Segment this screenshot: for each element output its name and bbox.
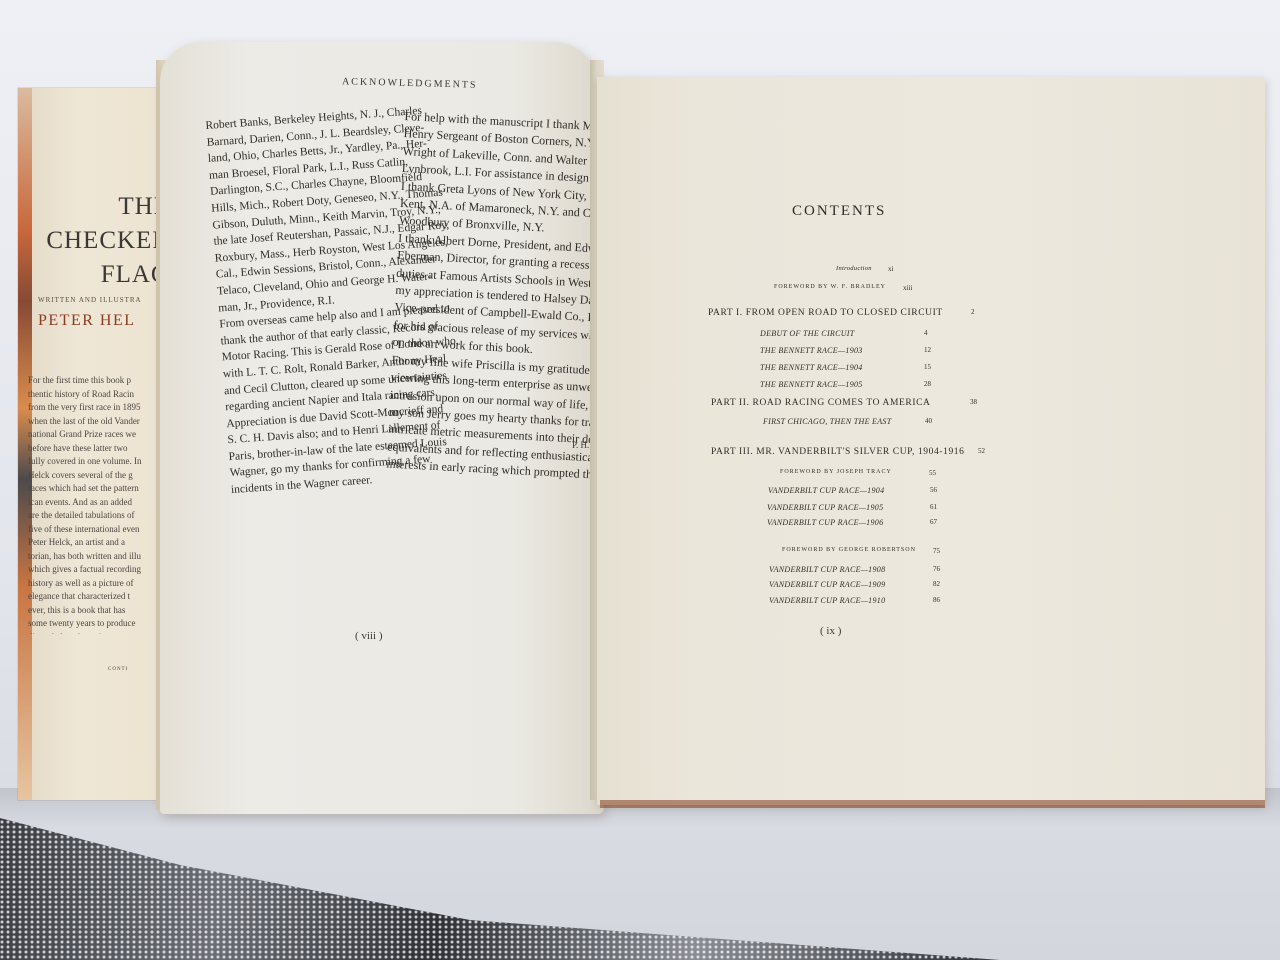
contents-entry-page: 61 xyxy=(930,503,937,511)
contents-entry-title: FOREWORD BY GEORGE ROBERTSON xyxy=(782,547,916,553)
contents-entry-title: FOREWORD BY W. F. BRADLEY xyxy=(774,284,886,290)
contents-entry-title: Introduction xyxy=(836,265,872,272)
jacket-title-line: CHECKER xyxy=(40,224,170,258)
jacket-blurb-line: ever, this is a book that has xyxy=(28,604,170,618)
jacket-blurb-line: national Grand Prize races we xyxy=(28,428,170,442)
contents-entry-title: VANDERBILT CUP RACE—1905 xyxy=(767,503,883,512)
contents-entry-title: VANDERBILT CUP RACE—1909 xyxy=(769,580,885,589)
contents-entry-title: THE BENNETT RACE—1903 xyxy=(760,346,863,355)
jacket-title-line: THE xyxy=(40,190,170,224)
jacket-blurb: For the first time this book pthentic hi… xyxy=(28,374,170,634)
contents-entry-page: 56 xyxy=(930,486,937,494)
contents-entry-title: VANDERBILT CUP RACE—1910 xyxy=(769,596,885,605)
jacket-blurb-line: thentic history of Road Racin xyxy=(28,388,170,402)
contents-entry-page: 86 xyxy=(933,596,940,604)
jacket-blurb-line: races which had set the pattern xyxy=(28,482,170,496)
contents-entry-page: xi xyxy=(888,265,893,273)
jacket-title-line: FLAG xyxy=(40,258,170,292)
contents-entry-title: PART II. ROAD RACING COMES TO AMERICA xyxy=(711,398,931,408)
contents-entry-title: FOREWORD BY JOSEPH TRACY xyxy=(780,469,892,475)
contents-entry-page: 82 xyxy=(933,580,940,588)
contents-entry-page: 4 xyxy=(924,329,928,337)
jacket-blurb-line: when the last of the old Vander xyxy=(28,415,170,429)
jacket-blurb-line: Peter Helck, an artist and a xyxy=(28,536,170,550)
jacket-blurb-line: torian, has both written and illu xyxy=(28,550,170,564)
contents-title: CONTENTS xyxy=(792,203,886,220)
left-page-number: ( viii ) xyxy=(355,630,383,642)
contents-entry-title: PART I. FROM OPEN ROAD TO CLOSED CIRCUIT xyxy=(708,308,943,318)
contents-entry-page: 28 xyxy=(924,380,931,388)
contents-entry-page: 75 xyxy=(933,547,940,555)
contents-entry-page: 67 xyxy=(930,518,937,526)
jacket-blurb-line: history as well as a picture of xyxy=(28,577,170,591)
jacket-blurb-line: For the first time this book p xyxy=(28,374,170,388)
contents-entry-page: 2 xyxy=(971,308,975,316)
acknowledgments-column-2: For help with the manuscript I thank Mrs… xyxy=(386,108,615,484)
jacket-blurb-line: before have these latter two xyxy=(28,442,170,456)
contents-entry-page: 52 xyxy=(978,447,985,455)
right-page xyxy=(597,77,1265,805)
jacket-blurb-line: five of these international even xyxy=(28,523,170,537)
jacket-blurb-line: from the very first race in 1895 xyxy=(28,401,170,415)
contents-entry-page: 76 xyxy=(933,565,940,573)
contents-entry-page: 38 xyxy=(970,398,977,406)
contents-entry-page: 40 xyxy=(925,417,932,425)
signature-initials: P. H. xyxy=(572,440,589,450)
contents-entry-title: FIRST CHICAGO, THEN THE EAST xyxy=(763,417,891,426)
jacket-title: THE CHECKER FLAG xyxy=(40,190,170,292)
contents-entry-title: DEBUT OF THE CIRCUIT xyxy=(760,329,855,338)
right-page-number: ( ix ) xyxy=(820,625,841,637)
contents-entry-page: 15 xyxy=(924,363,931,371)
jacket-continued-label: CONTI xyxy=(108,667,128,672)
jacket-blurb-line: discarded, and rewritten over xyxy=(28,631,170,635)
jacket-blurb-line: which gives a factual recording xyxy=(28,563,170,577)
jacket-blurb-line: elegance that characterized t xyxy=(28,590,170,604)
contents-entry-page: 55 xyxy=(929,469,936,477)
contents-entry-title: PART III. MR. VANDERBILT'S SILVER CUP, 1… xyxy=(711,447,965,457)
jacket-blurb-line: ican events. And as an added xyxy=(28,496,170,510)
jacket-blurb-line: some twenty years to produce xyxy=(28,617,170,631)
contents-entry-page: xiii xyxy=(903,284,912,292)
jacket-blurb-line: Helck covers several of the g xyxy=(28,469,170,483)
jacket-blurb-line: are the detailed tabulations of xyxy=(28,509,170,523)
contents-entry-title: VANDERBILT CUP RACE—1908 xyxy=(769,565,885,574)
contents-entry-title: THE BENNETT RACE—1904 xyxy=(760,363,863,372)
contents-entry-title: VANDERBILT CUP RACE—1906 xyxy=(767,518,883,527)
contents-entry-title: THE BENNETT RACE—1905 xyxy=(760,380,863,389)
contents-entry-page: 12 xyxy=(924,346,931,354)
contents-entry-title: VANDERBILT CUP RACE—1904 xyxy=(768,486,884,495)
silver-foil-sheet xyxy=(0,810,1280,960)
jacket-blurb-line: fully covered in one volume. In xyxy=(28,455,170,469)
book-cover-edge xyxy=(600,800,1265,808)
